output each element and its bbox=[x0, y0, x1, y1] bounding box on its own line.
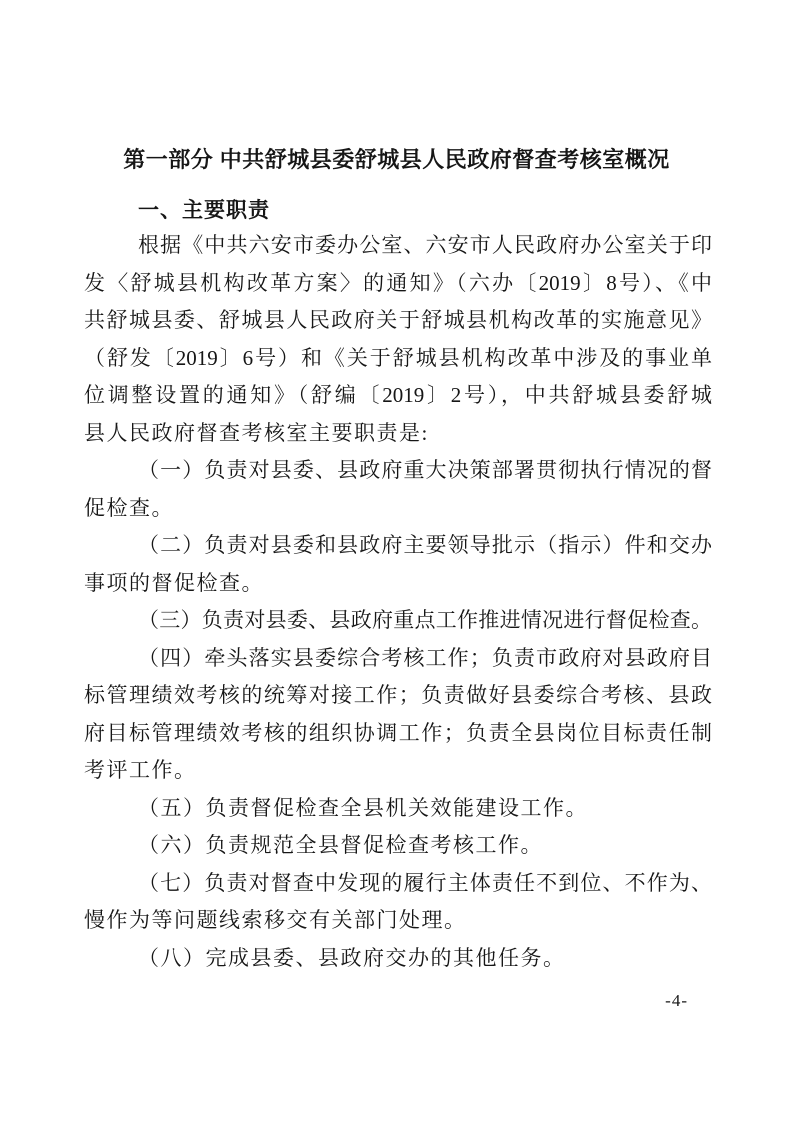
section-heading: 一、主要职责 bbox=[138, 194, 270, 224]
body-text-line: （五）负责督促检查全县机关效能建设工作。 bbox=[84, 790, 712, 828]
body-text-line: （一）负责对县委、县政府重大决策部署贯彻执行情况的督 bbox=[84, 452, 712, 490]
body-text-line: （八）完成县委、县政府交办的其他任务。 bbox=[84, 940, 712, 978]
body-text-line: 位调整设置的通知》（舒编〔2019〕2号），中共舒城县委舒城 bbox=[84, 377, 712, 415]
body-text-line: （二）负责对县委和县政府主要领导批示（指示）件和交办 bbox=[84, 527, 712, 565]
body-text-line: （三）负责对县委、县政府重点工作推进情况进行督促检查。 bbox=[84, 602, 712, 640]
body-text-line: （舒发〔2019〕6号）和《关于舒城县机构改革中涉及的事业单 bbox=[84, 340, 712, 378]
document-body: 根据《中共六安市委办公室、六安市人民政府办公室关于印发〈舒城县机构改革方案〉的通… bbox=[84, 227, 712, 977]
body-text-line: 根据《中共六安市委办公室、六安市人民政府办公室关于印 bbox=[84, 227, 712, 265]
page-number: -4- bbox=[665, 991, 688, 1011]
document-title: 第一部分 中共舒城县委舒城县人民政府督查考核室概况 bbox=[0, 143, 793, 174]
body-text-line: 县人民政府督查考核室主要职责是: bbox=[84, 415, 712, 453]
body-text-line: 府目标管理绩效考核的组织协调工作；负责全县岗位目标责任制 bbox=[84, 715, 712, 753]
body-text-line: （四）牵头落实县委综合考核工作；负责市政府对县政府目 bbox=[84, 640, 712, 678]
body-text-line: 促检查。 bbox=[84, 490, 712, 528]
body-text-line: 慢作为等问题线索移交有关部门处理。 bbox=[84, 902, 712, 940]
body-text-line: （六）负责规范全县督促检查考核工作。 bbox=[84, 827, 712, 865]
body-text-line: 共舒城县委、舒城县人民政府关于舒城县机构改革的实施意见》 bbox=[84, 302, 712, 340]
body-text-line: 考评工作。 bbox=[84, 752, 712, 790]
body-text-line: 标管理绩效考核的统筹对接工作；负责做好县委综合考核、县政 bbox=[84, 677, 712, 715]
body-text-line: 发〈舒城县机构改革方案〉的通知》（六办〔2019〕8号）、《中 bbox=[84, 265, 712, 303]
body-text-line: （七）负责对督查中发现的履行主体责任不到位、不作为、 bbox=[84, 865, 712, 903]
body-text-line: 事项的督促检查。 bbox=[84, 565, 712, 603]
document-page: 第一部分 中共舒城县委舒城县人民政府督查考核室概况 一、主要职责 根据《中共六安… bbox=[0, 0, 793, 1122]
